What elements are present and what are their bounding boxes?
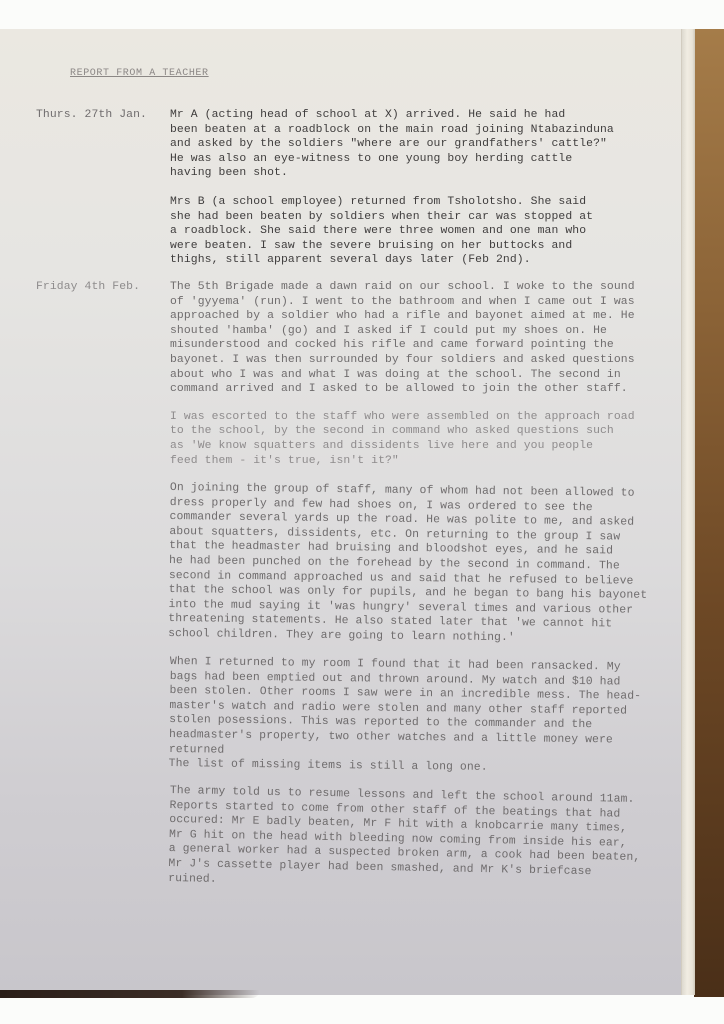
page-bottom-shadow [0, 990, 260, 998]
entry-date: Friday 4th Feb. [36, 280, 166, 295]
paper-stack-edge [681, 29, 695, 995]
entry-body: The 5th Brigade made a dawn raid on our … [170, 280, 660, 900]
paragraph-army-left: The army told us to resume lessons and l… [168, 784, 660, 896]
paragraph-escorted: I was escorted to the staff who were ass… [170, 410, 660, 468]
paragraph-mrs-b: Mrs B (a school employee) returned from … [170, 195, 660, 268]
entry-date: Thurs. 27th Jan. [36, 108, 166, 123]
entry-body: Mr A (acting head of school at X) arrive… [170, 108, 660, 281]
paragraph-joining-staff: On joining the group of staff, many of w… [168, 481, 660, 648]
wooden-table-background [694, 29, 724, 997]
paragraph-mr-a: Mr A (acting head of school at X) arrive… [170, 108, 660, 181]
report-title: REPORT FROM A TEACHER [70, 67, 209, 82]
photo-scene: REPORT FROM A TEACHER Thurs. 27th Jan. M… [0, 0, 724, 1024]
paragraph-room-ransacked: When I returned to my room I found that … [169, 655, 660, 778]
paragraph-dawn-raid: The 5th Brigade made a dawn raid on our … [170, 280, 660, 397]
